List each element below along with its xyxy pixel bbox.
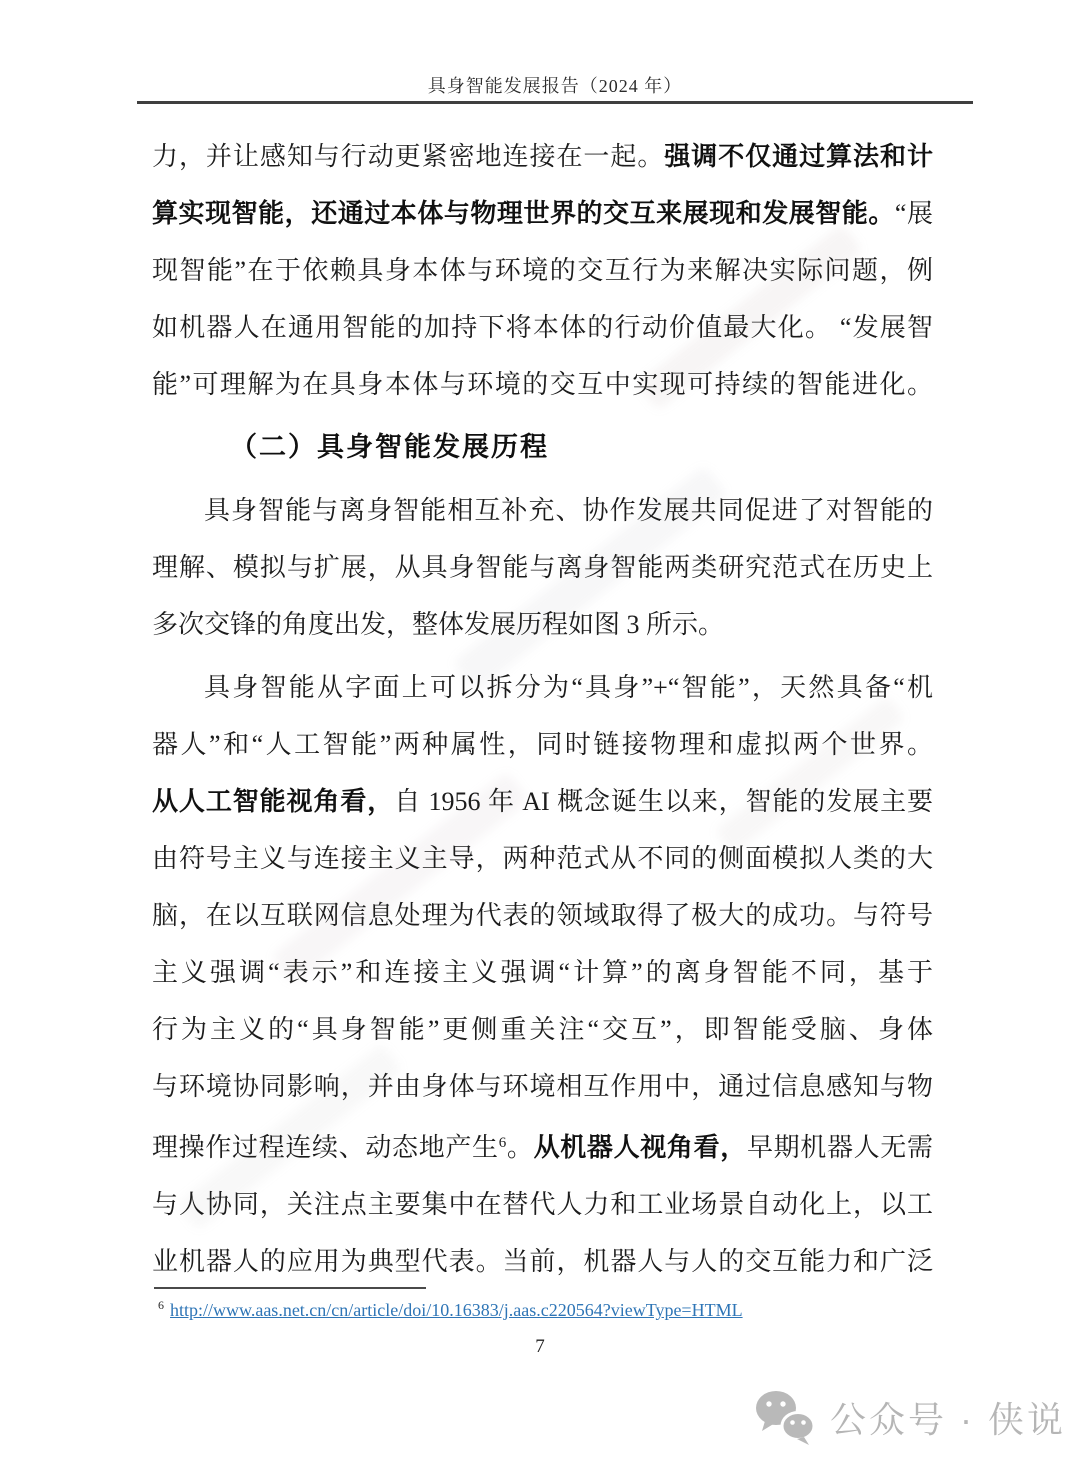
text-segment: 理操作过程连续、动态地产生 — [152, 1133, 499, 1162]
body-line: 多次交锋的角度出发，整体发展历程如图 3 所示。 — [152, 596, 933, 653]
text-segment: 早期机器人无需 — [747, 1133, 933, 1162]
body-line: 理操作过程连续、动态地产生6。从机器人视角看，早期机器人无需 — [152, 1115, 933, 1176]
body-line: 能”可理解为在具身本体与环境的交互中实现可持续的智能进化。 — [152, 356, 933, 413]
body-line: 与环境协同影响，并由身体与环境相互作用中，通过信息感知与物 — [152, 1058, 933, 1115]
body-line: 现智能”在于依赖具身本体与环境的交互行为来解决实际问题，例 — [152, 242, 933, 299]
text-segment-bold: 强调不仅通过算法和计 — [664, 141, 933, 171]
body-line: 脑，在以互联网信息处理为代表的领域取得了极大的成功。与符号 — [152, 887, 933, 944]
running-header-title: 具身智能发展报告（2024 年） — [137, 72, 973, 98]
body-line: 理解、模拟与扩展，从具身智能与离身智能两类研究范式在历史上 — [152, 539, 933, 596]
body-line: 算实现智能，还通过本体与物理世界的交互来展现和发展智能。“展 — [152, 185, 933, 242]
body-line: 与人协同，关注点主要集中在替代人力和工业场景自动化上，以工 — [152, 1176, 933, 1233]
text-segment: 自 1956 年 AI 概念诞生以来，智能的发展主要 — [394, 787, 933, 816]
header-rule — [137, 101, 973, 104]
paragraph-1: 力，并让感知与行动更紧密地连接在一起。强调不仅通过算法和计 算实现智能，还通过本… — [152, 128, 933, 413]
text-segment: 现智能”在于依赖具身本体与环境的交互行为来解决实际问题，例 — [152, 256, 933, 285]
text-segment: 多次交锋的角度出发，整体发展历程如图 3 所示。 — [152, 610, 724, 639]
paragraph-2: 具身智能与离身智能相互补充、协作发展共同促进了对智能的 理解、模拟与扩展，从具身… — [152, 482, 933, 653]
text-segment: 力，并让感知与行动更紧密地连接在一起。 — [152, 142, 664, 171]
publisher-badge-label: 公众号 · 侠说 — [830, 1392, 1066, 1443]
body-line: 如机器人在通用智能的加持下将本体的行动价值最大化。 “发展智 — [152, 299, 933, 356]
body-line: 业机器人的应用为典型代表。当前，机器人与人的交互能力和广泛 — [152, 1233, 933, 1290]
text-segment: 主义强调“表示”和连接主义强调“计算”的离身智能不同，基于 — [152, 958, 933, 987]
wechat-icon — [754, 1388, 816, 1446]
body-line: 具身智能与离身智能相互补充、协作发展共同促进了对智能的 — [152, 482, 933, 539]
text-segment: 业机器人的应用为典型代表。当前，机器人与人的交互能力和广泛 — [152, 1247, 933, 1276]
footnote: 6http://www.aas.net.cn/cn/article/doi/10… — [158, 1298, 743, 1321]
body-line: 具身智能从字面上可以拆分为“具身”+“智能”，天然具备“机 — [152, 659, 933, 716]
body-line: 从人工智能视角看，自 1956 年 AI 概念诞生以来，智能的发展主要 — [152, 773, 933, 830]
text-segment: “展 — [895, 199, 933, 228]
text-segment: 具身智能从字面上可以拆分为“具身”+“智能”，天然具备“机 — [204, 673, 933, 702]
footnote-marker: 6 — [158, 1298, 164, 1312]
text-segment: 脑，在以互联网信息处理为代表的领域取得了极大的成功。与符号 — [152, 901, 933, 930]
publisher-badge: 公众号 · 侠说 — [754, 1388, 1066, 1446]
section-heading: （二）具身智能发展历程 — [152, 419, 933, 476]
text-segment: 如机器人在通用智能的加持下将本体的行动价值最大化。 “发展智 — [152, 313, 933, 342]
text-segment: 器人”和“人工智能”两种属性，同时链接物理和虚拟两个世界。 — [152, 730, 933, 759]
page-body: 力，并让感知与行动更紧密地连接在一起。强调不仅通过算法和计 算实现智能，还通过本… — [152, 128, 933, 1290]
text-segment: 与人协同，关注点主要集中在替代人力和工业场景自动化上，以工 — [152, 1190, 933, 1219]
footnote-separator — [154, 1287, 426, 1289]
text-segment-bold: 算实现智能，还通过本体与物理世界的交互来展现和发展智能。 — [152, 198, 895, 228]
body-line: 器人”和“人工智能”两种属性，同时链接物理和虚拟两个世界。 — [152, 716, 933, 773]
text-segment: 与环境协同影响，并由身体与环境相互作用中，通过信息感知与物 — [152, 1072, 933, 1101]
text-segment: 理解、模拟与扩展，从具身智能与离身智能两类研究范式在历史上 — [152, 553, 933, 582]
text-segment-bold: 从机器人视角看， — [534, 1132, 747, 1162]
body-line: 行为主义的“具身智能”更侧重关注“交互”，即智能受脑、身体 — [152, 1001, 933, 1058]
footnote-link[interactable]: http://www.aas.net.cn/cn/article/doi/10.… — [170, 1300, 743, 1320]
text-segment: 行为主义的“具身智能”更侧重关注“交互”，即智能受脑、身体 — [152, 1015, 933, 1044]
text-segment: 具身智能与离身智能相互补充、协作发展共同促进了对智能的 — [204, 496, 933, 525]
text-segment-bold: 从人工智能视角看， — [152, 786, 394, 816]
text-segment: 能”可理解为在具身本体与环境的交互中实现可持续的智能进化。 — [152, 370, 933, 399]
paragraph-3: 具身智能从字面上可以拆分为“具身”+“智能”，天然具备“机 器人”和“人工智能”… — [152, 659, 933, 1290]
text-segment: 由符号主义与连接主义主导，两种范式从不同的侧面模拟人类的大 — [152, 844, 933, 873]
body-line: 主义强调“表示”和连接主义强调“计算”的离身智能不同，基于 — [152, 944, 933, 1001]
body-line: 由符号主义与连接主义主导，两种范式从不同的侧面模拟人类的大 — [152, 830, 933, 887]
page-number: 7 — [0, 1336, 1080, 1358]
body-line: 力，并让感知与行动更紧密地连接在一起。强调不仅通过算法和计 — [152, 128, 933, 185]
document-page: { "header": { "title": "具身智能发展报告（2024 年）… — [0, 0, 1080, 1466]
text-segment: 。 — [506, 1133, 533, 1162]
